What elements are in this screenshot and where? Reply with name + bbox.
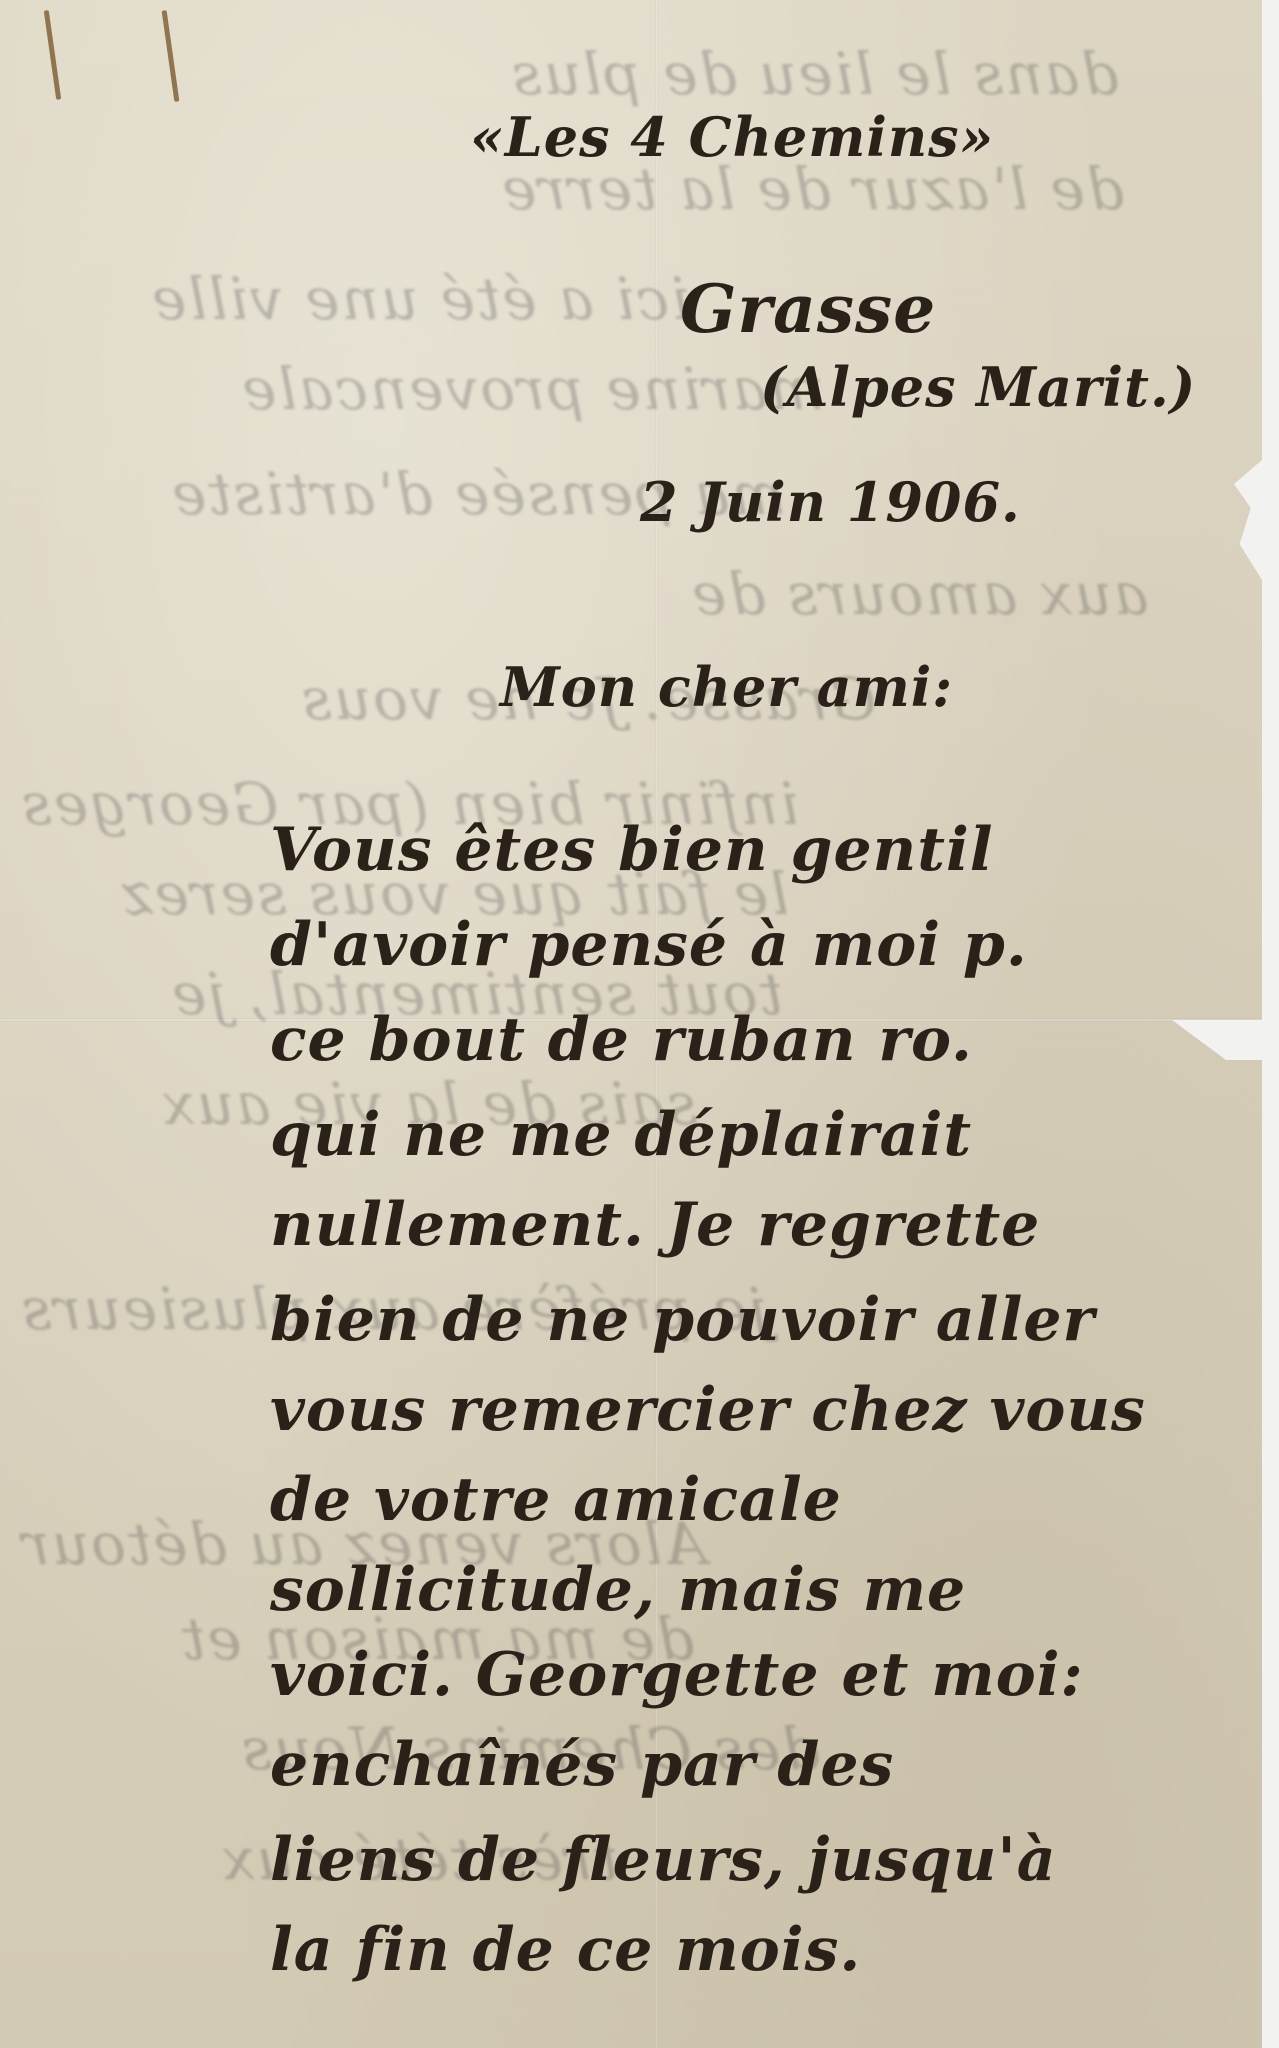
bleed-through-line: aux amours de <box>690 560 1148 628</box>
body-line: sollicitude, mais me <box>270 1555 966 1625</box>
city: Grasse <box>680 270 936 348</box>
body-line: la fin de ce mois. <box>270 1915 861 1985</box>
region: (Alpes Marit.) <box>760 355 1196 419</box>
body-line: enchaînés par des <box>270 1730 894 1800</box>
body-line: qui ne me déplairait <box>270 1100 972 1170</box>
bleed-through-line: marine provencale <box>240 355 824 423</box>
letter-date: 2 Juin 1906. <box>640 470 1021 534</box>
letter-paper: dans le lieu de plus de l'azur de la ter… <box>0 0 1262 2048</box>
paper-edge-tear <box>1234 460 1262 580</box>
body-line: nullement. Je regrette <box>270 1190 1040 1260</box>
body-line: bien de ne pouvoir aller <box>270 1285 1095 1355</box>
body-line: de votre amicale <box>270 1465 842 1535</box>
body-line: d'avoir pensé à moi p. <box>270 910 1028 980</box>
bleed-through-line: ici a été une ville <box>150 265 690 333</box>
salutation: Mon cher ami: <box>500 655 953 719</box>
ink-mark <box>162 10 180 102</box>
body-line: voici. Georgette et moi: <box>270 1640 1084 1710</box>
body-line: vous remercier chez vous <box>270 1375 1146 1445</box>
body-line: Vous êtes bien gentil <box>270 815 994 885</box>
bleed-through-line: dans le lieu de plus <box>510 40 1118 108</box>
ink-mark <box>44 10 61 100</box>
paper-tear <box>1172 1020 1262 1060</box>
body-line: ce bout de ruban ro. <box>270 1005 973 1075</box>
house-name: «Les 4 Chemins» <box>470 105 994 169</box>
body-line: liens de fleurs, jusqu'à <box>270 1825 1057 1895</box>
